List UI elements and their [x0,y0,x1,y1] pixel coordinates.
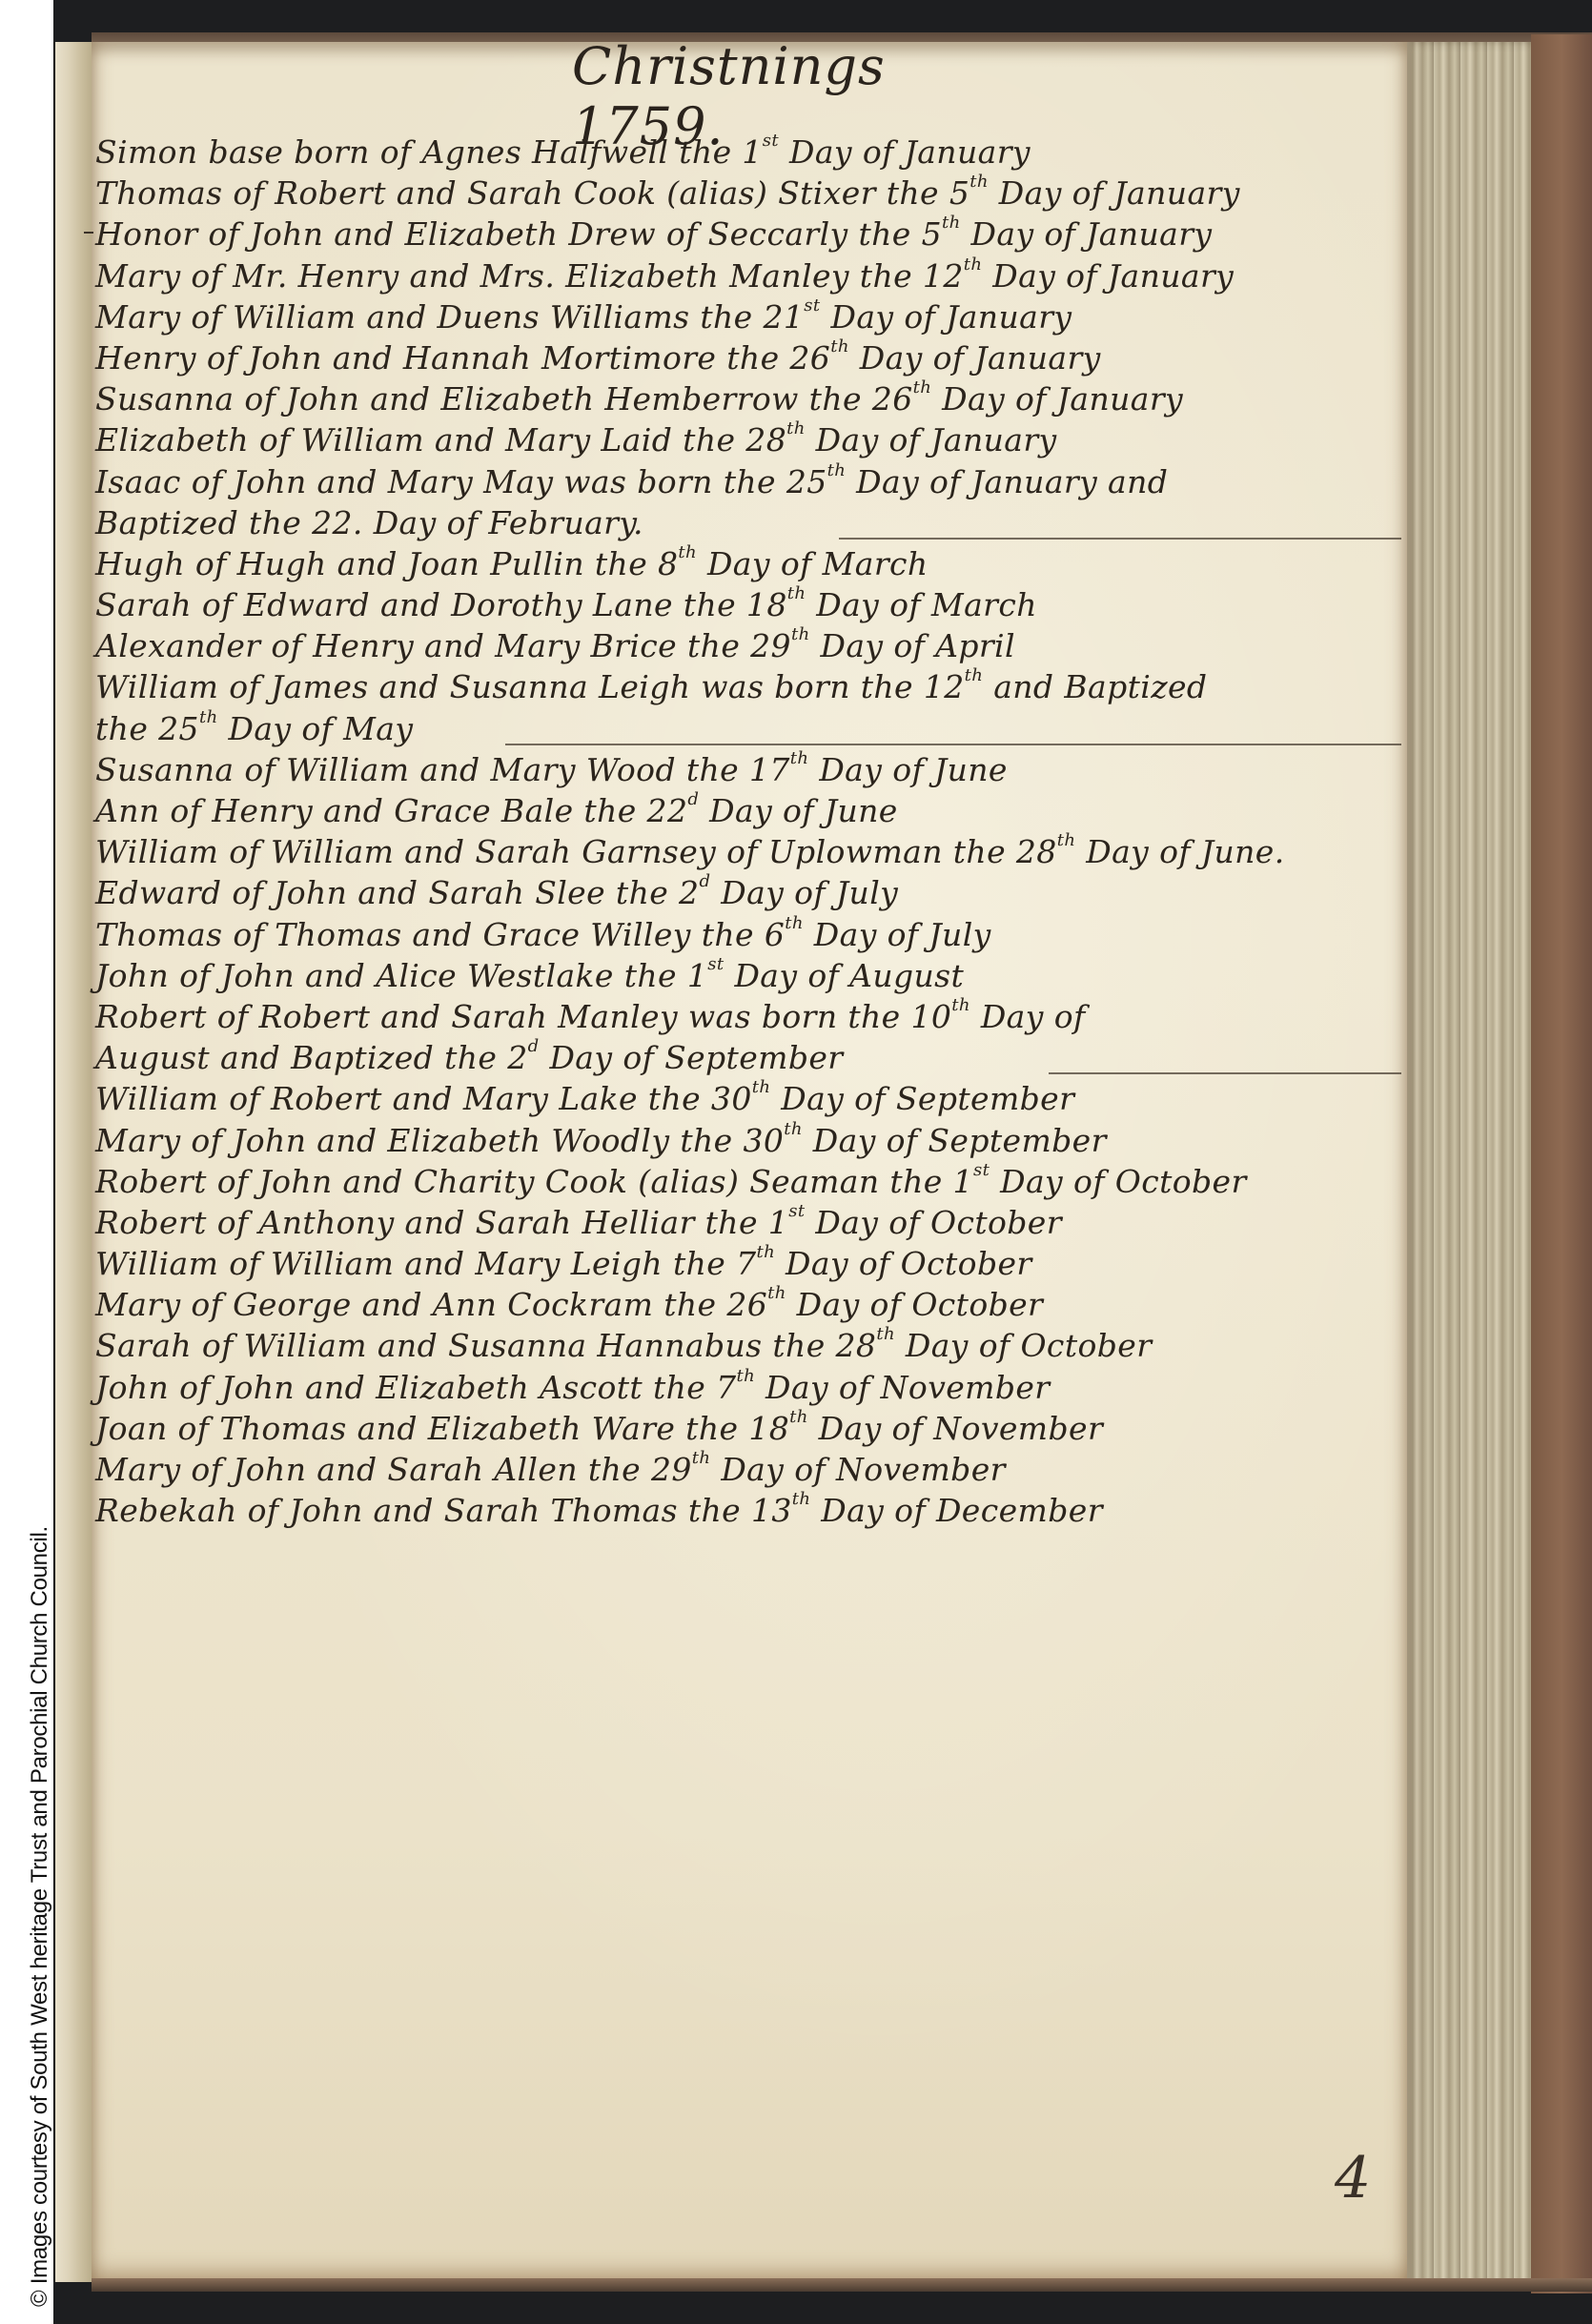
entry-text: John of John and Elizabeth Ascott the 7 [95,1369,736,1406]
entry-text-rest: Day of July [804,916,991,953]
entry-text: John of John and Alice Westlake the 1 [95,957,707,994]
ordinal-suffix: th [965,665,984,685]
register-entry-line: Mary of John and Sarah Allen the 29th Da… [95,1449,1411,1490]
register-entry-line: August and Baptized the 2d Day of Septem… [95,1037,1411,1078]
entry-text: Sarah of William and Susanna Hannabus th… [95,1327,876,1364]
entry-text-rest: Day of October [895,1327,1152,1364]
register-entry-line: Honor of John and Elizabeth Drew of Secc… [95,214,1411,255]
ordinal-suffix: th [789,1407,808,1427]
entry-text: Susanna of John and Elizabeth Hemberrow … [95,380,913,418]
entry-text: Hugh of Hugh and Joan Pullin the 8 [95,545,678,582]
ordinal-suffix: th [784,1119,803,1139]
ordinal-suffix: th [791,624,810,644]
register-entry-line: Susanna of William and Mary Wood the 17t… [95,749,1411,790]
register-entry-line: Alexander of Henry and Mary Brice the 29… [95,625,1411,666]
entry-text-rest: Day of October [775,1245,1031,1282]
entry-text: Thomas of Thomas and Grace Willey the 6 [95,916,785,953]
entry-text-rest: Day of January and [846,463,1168,500]
entry-text: William of Robert and Mary Lake the 30 [95,1080,752,1117]
register-entry-line: William of Robert and Mary Lake the 30th… [95,1078,1411,1119]
entry-text: Mary of John and Sarah Allen the 29 [95,1451,692,1488]
register-entry-line: Thomas of Robert and Sarah Cook (alias) … [95,173,1411,214]
entry-text-rest: Day of [970,998,1086,1035]
register-entry-line: the 25th Day of May [95,708,1411,749]
register-entry-line: Isaac of John and Mary May was born the … [95,461,1411,502]
ordinal-suffix: th [876,1324,895,1344]
entry-text: Mary of John and Elizabeth Woodly the 30 [95,1122,784,1159]
register-entry-line: Baptized the 22. Day of February. [95,502,1411,543]
entry-text: Mary of George and Ann Cockram the 26 [95,1286,767,1323]
entry-text: Simon base born of Agnes Halfwell the 1 [95,133,763,171]
entry-text-rest: Day of January [849,339,1101,377]
book-gutter [53,42,93,2282]
entry-text-rest: Day of January [982,257,1234,295]
entry-text-rest: Day of June. [1075,833,1284,870]
register-entry-line: Susanna of John and Elizabeth Hemberrow … [95,378,1411,419]
register-entry-line: Robert of Robert and Sarah Manley was bo… [95,996,1411,1037]
entry-text: Elizabeth of William and Mary Laid the 2… [95,421,786,459]
ordinal-suffix: th [736,1366,755,1386]
entry-text-rest: Day of July [710,874,898,911]
entry-text-rest: Day of September [803,1122,1107,1159]
register-entry-line: William of William and Mary Leigh the 7t… [95,1243,1411,1284]
entry-text: Edward of John and Sarah Slee the 2 [95,874,699,911]
entry-text-rest: Day of January [989,174,1240,212]
entry-text-rest: Day of April [810,627,1015,664]
ordinal-suffix: th [678,542,697,562]
register-entry-line: Mary of John and Elizabeth Woodly the 30… [95,1120,1411,1161]
entry-text: Honor of John and Elizabeth Drew of Secc… [95,215,942,253]
ordinal-suffix: th [752,1077,771,1097]
register-entry-line: Henry of John and Hannah Mortimore the 2… [95,337,1411,378]
book-cover-edge [1531,34,1592,2293]
entry-text-rest: Day of November [755,1369,1050,1406]
entry-text-rest: Day of January [931,380,1183,418]
ordinal-suffix: th [827,460,847,480]
entry-text: Susanna of William and Mary Wood the 17 [95,751,790,788]
entry-text-rest: Day of December [810,1492,1102,1529]
entry-text: Sarah of Edward and Dorothy Lane the 18 [95,586,787,623]
entry-text-rest: Day of January [961,215,1213,253]
ordinal-suffix: th [692,1448,711,1468]
entry-text-rest: Day of October [990,1163,1246,1200]
entry-text: Henry of John and Hannah Mortimore the 2… [95,339,830,377]
register-entry-line: Robert of John and Charity Cook (alias) … [95,1161,1411,1202]
register-entry-line: Edward of John and Sarah Slee the 2d Day… [95,872,1411,913]
ordinal-suffix: th [964,255,983,275]
ordinal-suffix: th [942,213,961,233]
ordinal-suffix: th [969,172,989,192]
register-entry-line: Mary of Mr. Henry and Mrs. Elizabeth Man… [95,255,1411,296]
entry-text-rest: Day of October [786,1286,1043,1323]
entry-text-rest: Day of June [808,751,1007,788]
register-entry-line: Elizabeth of William and Mary Laid the 2… [95,419,1411,460]
christening-entries: Simon base born of Agnes Halfwell the 1s… [95,132,1411,1531]
entry-text-rest: Day of November [808,1410,1103,1447]
entry-text: the 25 [95,710,199,747]
entry-text: Mary of William and Duens Williams the 2… [95,298,804,336]
ordinal-suffix: st [804,296,820,316]
entry-text-rest: Day of May [218,710,414,747]
register-entry-line: Hugh of Hugh and Joan Pullin the 8th Day… [95,543,1411,584]
register-entry-line: John of John and Elizabeth Ascott the 7t… [95,1367,1411,1408]
ordinal-suffix: th [757,1242,776,1262]
entry-text-rest: Day of January [779,133,1031,171]
ordinal-suffix: th [951,995,970,1015]
entry-text: Joan of Thomas and Elizabeth Ware the 18 [95,1410,789,1447]
ordinal-suffix: d [699,871,710,891]
entry-text: Rebekah of John and Sarah Thomas the 13 [95,1492,792,1529]
entry-text-rest: Day of September [540,1039,844,1076]
entry-text: William of William and Sarah Garnsey of … [95,833,1057,870]
register-entry-line: Sarah of Edward and Dorothy Lane the 18t… [95,584,1411,625]
register-entry-line: William of James and Susanna Leigh was b… [95,666,1411,707]
entry-text: Isaac of John and Mary May was born the … [95,463,827,500]
entry-text: Robert of John and Charity Cook (alias) … [95,1163,973,1200]
ordinal-suffix: th [913,377,932,398]
entry-text: William of William and Mary Leigh the 7 [95,1245,757,1282]
credit-strip: © Images courtesy of South West heritage… [0,0,53,2324]
ordinal-suffix: th [1057,830,1076,850]
ordinal-suffix: st [763,131,779,151]
register-entry-line: Mary of William and Duens Williams the 2… [95,296,1411,337]
entry-text-rest: and Baptized [983,668,1207,705]
entry-text: August and Baptized the 2 [95,1039,528,1076]
register-entry-line: William of William and Sarah Garnsey of … [95,831,1411,872]
entry-text-rest: Day of March [697,545,929,582]
entry-text: Robert of Robert and Sarah Manley was bo… [95,998,951,1035]
entry-text-rest: Day of June [699,792,897,829]
ordinal-suffix: st [707,954,724,974]
book-bottom-edge [92,2278,1592,2292]
entry-text: Alexander of Henry and Mary Brice the 29 [95,627,791,664]
register-entry-line: Ann of Henry and Grace Bale the 22d Day … [95,790,1411,831]
ordinal-suffix: th [786,418,806,438]
ordinal-suffix: th [792,1489,811,1509]
register-entry-line: Robert of Anthony and Sarah Helliar the … [95,1202,1411,1243]
ordinal-suffix: d [687,789,699,809]
page-fore-edge [1407,42,1531,2288]
entry-text-rest: Day of October [805,1204,1061,1241]
ordinal-suffix: th [787,583,806,603]
ordinal-suffix: th [767,1283,786,1303]
entry-text: Mary of Mr. Henry and Mrs. Elizabeth Man… [95,257,964,295]
ordinal-suffix: th [785,913,804,933]
register-entry-line: Joan of Thomas and Elizabeth Ware the 18… [95,1408,1411,1449]
ordinal-suffix: th [830,336,849,357]
register-entry-line: Sarah of William and Susanna Hannabus th… [95,1325,1411,1366]
entry-text-rest: Day of January [821,298,1072,336]
entry-text: Robert of Anthony and Sarah Helliar the … [95,1204,788,1241]
register-entry-line: Rebekah of John and Sarah Thomas the 13t… [95,1490,1411,1531]
entry-text: Ann of Henry and Grace Bale the 22 [95,792,687,829]
ordinal-suffix: th [790,748,809,768]
register-entry-line: Simon base born of Agnes Halfwell the 1s… [95,132,1411,173]
entry-text-rest: Day of November [710,1451,1005,1488]
entry-text: Thomas of Robert and Sarah Cook (alias) … [95,174,969,212]
ordinal-suffix: st [973,1160,990,1180]
margin-mark [84,232,93,234]
entry-text: William of James and Susanna Leigh was b… [95,668,965,705]
folio-number: 4 [1335,2145,1371,2212]
ordinal-suffix: th [199,707,218,727]
entry-text-rest: Day of September [770,1080,1074,1117]
entry-text: Baptized the 22. Day of February. [95,504,643,541]
ordinal-suffix: d [528,1036,540,1056]
entry-text-rest: Day of March [806,586,1037,623]
copyright-credit: © Images courtesy of South West heritage… [27,1163,53,2307]
register-entry-line: John of John and Alice Westlake the 1st … [95,955,1411,996]
entry-text-rest: Day of January [806,421,1057,459]
register-entry-line: Thomas of Thomas and Grace Willey the 6t… [95,914,1411,955]
entry-text-rest: Day of August [725,957,965,994]
ordinal-suffix: st [788,1201,805,1221]
register-entry-line: Mary of George and Ann Cockram the 26th … [95,1284,1411,1325]
